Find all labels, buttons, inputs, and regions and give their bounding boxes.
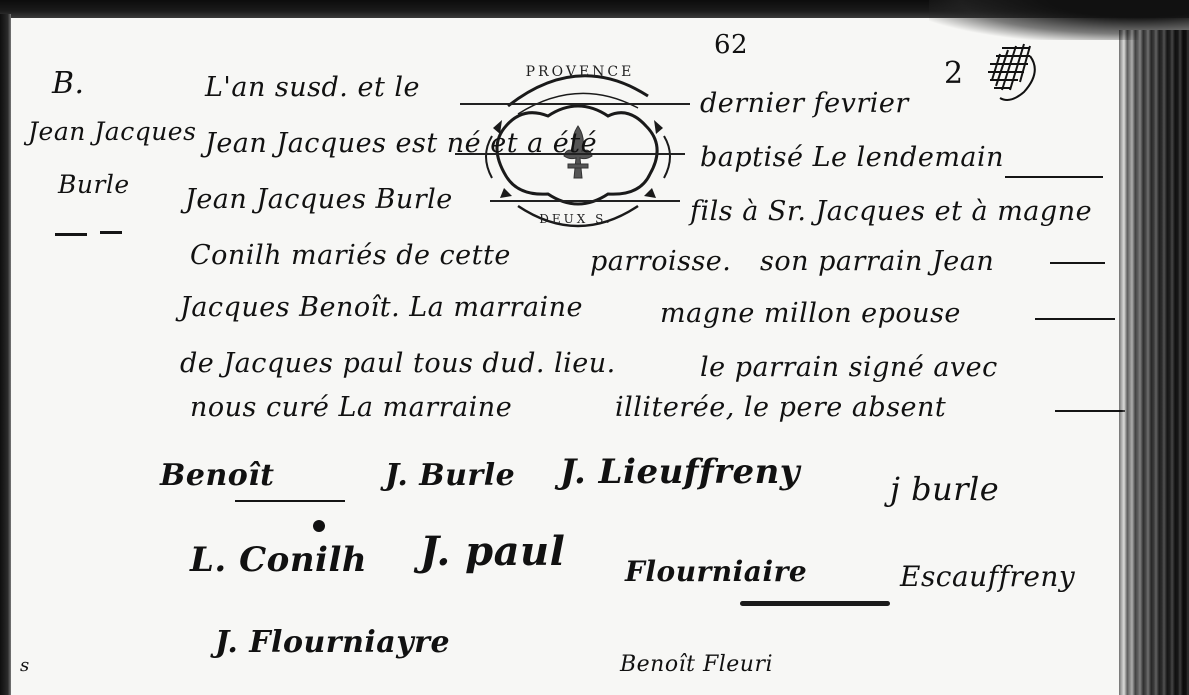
folio-number: 62 xyxy=(714,30,748,60)
book-gutter xyxy=(1119,30,1189,695)
signature-j-paul: J. paul xyxy=(420,528,565,575)
margin-dash xyxy=(55,233,87,236)
margin-dash xyxy=(100,231,122,234)
signature-escauffreny: Escauffreny xyxy=(900,560,1075,593)
entry-line-7-right: illiterée, le pere absent xyxy=(615,392,946,423)
entry-line-1-right: dernier fevrier xyxy=(700,88,909,119)
margin-name-line1: Jean Jacques xyxy=(28,117,196,146)
ink-blot xyxy=(313,520,325,532)
margin-baptism-abbrev: B. xyxy=(52,66,85,101)
line-filler xyxy=(1035,318,1115,320)
entry-line-4-right: son parrain Jean xyxy=(760,246,994,277)
signature-j-burle: J. Burle xyxy=(385,458,515,493)
signature-lieuffreny: J. Lieuffreny xyxy=(560,452,800,492)
entry-line-3-right: fils à Sr. Jacques et à magne xyxy=(690,196,1092,227)
margin-fragment: s xyxy=(20,655,30,676)
entry-line-2-right: baptisé Le lendemain xyxy=(700,142,1004,173)
signature-benoit-fleuri: Benoît Fleuri xyxy=(620,652,773,677)
entry-line-4-middle: parroisse. xyxy=(590,246,731,277)
entry-line-4-left: Conilh mariés de cette xyxy=(190,240,511,271)
scan-edge-left xyxy=(0,14,11,695)
entry-line-6-left: de Jacques paul tous dud. lieu. xyxy=(180,348,616,379)
stamp-text-top: PROVENCE xyxy=(515,64,645,80)
signature-underline xyxy=(740,601,890,606)
entry-line-5-right: magne millon epouse xyxy=(660,298,961,329)
stamp-text-bottom: DEUX S. xyxy=(536,212,616,226)
entry-line-2-left: Jean Jacques est né et a été xyxy=(205,128,597,159)
entry-line-3-left: Jean Jacques Burle xyxy=(185,184,453,215)
line-filler xyxy=(1050,262,1105,264)
signature-l-conilh: L. Conilh xyxy=(190,540,367,580)
margin-name-line2: Burle xyxy=(58,170,130,199)
strike-line xyxy=(460,103,690,105)
grid-flourish-icon xyxy=(980,42,1038,104)
entry-line-6-right: le parrain signé avec xyxy=(700,352,998,383)
signature-j-flourniayre: J. Flourniayre xyxy=(215,625,450,660)
bleed-through-text xyxy=(40,300,46,321)
signature-underline xyxy=(235,500,345,502)
signature-j-burle-2: j burle xyxy=(890,470,999,508)
strike-line xyxy=(490,200,680,202)
line-filler xyxy=(1005,176,1103,178)
entry-line-7-left: nous curé La marraine xyxy=(190,392,512,423)
signature-flourniaire: Flourniaire xyxy=(625,555,807,588)
entry-line-1-left: L'an susd. et le xyxy=(205,72,420,103)
entry-line-5-left: Jacques Benoît. La marraine xyxy=(180,292,583,323)
line-filler xyxy=(1055,410,1125,412)
signature-benoit: Benoît xyxy=(160,458,275,493)
entry-number: 2 xyxy=(944,56,964,91)
register-page-scan: 62 2 B. Jean Jacques Burle xyxy=(0,0,1189,695)
